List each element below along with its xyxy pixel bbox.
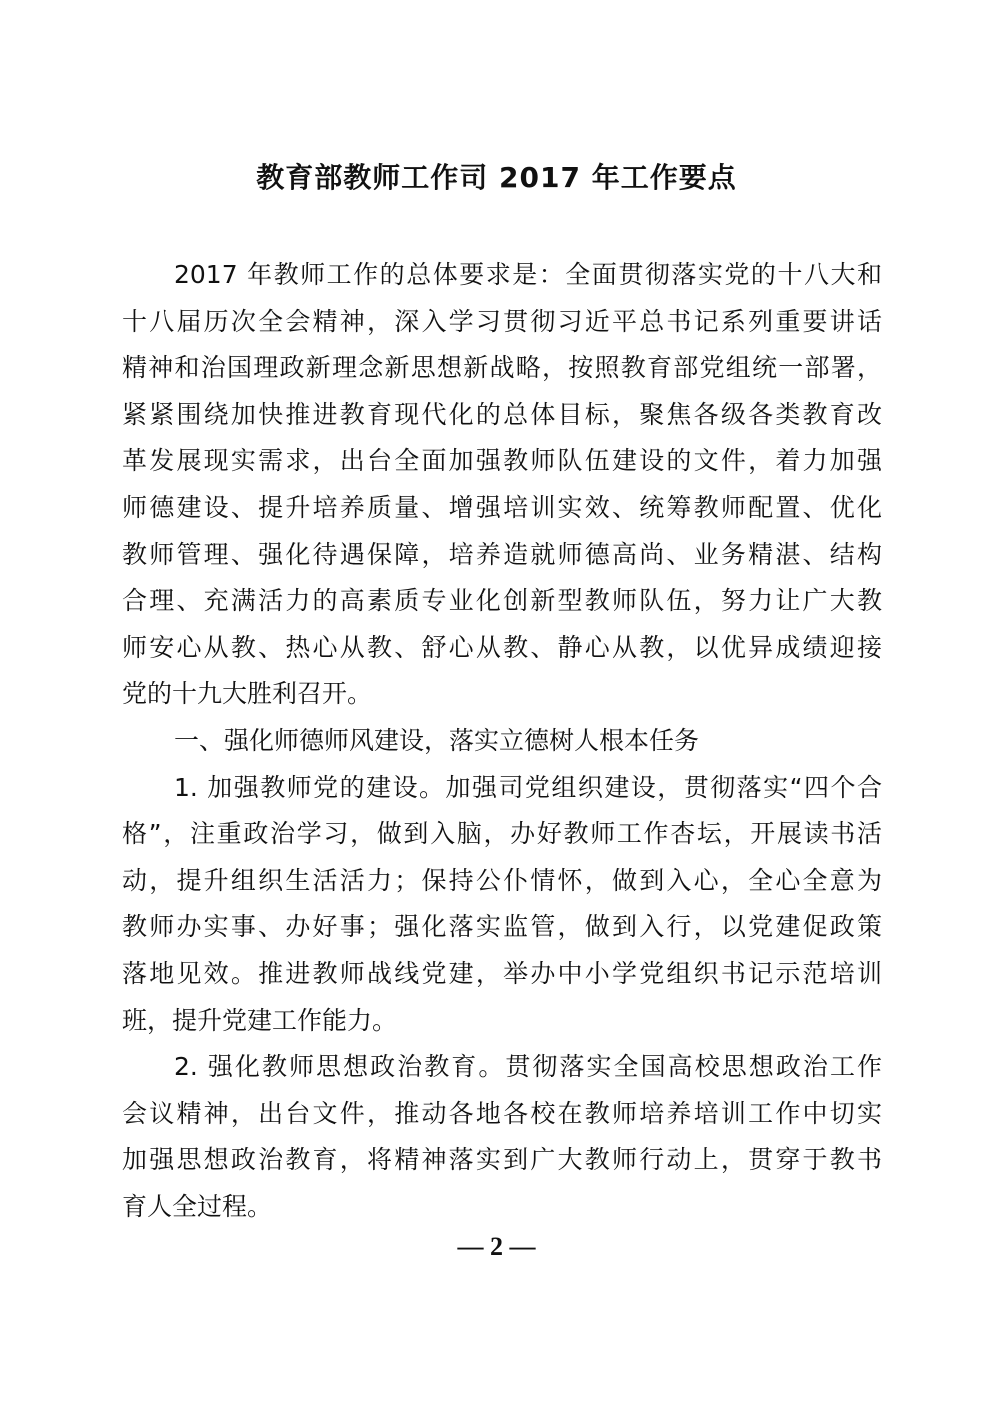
section-heading-text: 一、强化师德师风建设，落实立德树人根本任务 xyxy=(122,718,882,765)
text-line: 教师管理、强化待遇保障，培养造就师德高尚、业务精湛、结构 xyxy=(122,532,882,579)
text-line: 加强思想政治教育，将精神落实到广大教师行动上，贯穿于教书 xyxy=(122,1137,882,1184)
text-line: 落地见效。推进教师战线党建，举办中小学党组织书记示范培训 xyxy=(122,951,882,998)
text-line: 紧紧围绕加快推进教育现代化的总体目标，聚焦各级各类教育改 xyxy=(122,392,882,439)
text-line: 革发展现实需求，出台全面加强教师队伍建设的文件，着力加强 xyxy=(122,438,882,485)
paragraph-item-1: 1. 加强教师党的建设。加强司党组织建设，贯彻落实“四个合 格”，注重政治学习，… xyxy=(122,765,882,1045)
text-line: 十八届历次全会精神，深入学习贯彻习近平总书记系列重要讲话 xyxy=(122,299,882,346)
text-line: 2. 强化教师思想政治教育。贯彻落实全国高校思想政治工作 xyxy=(122,1044,882,1091)
document-page: 教育部教师工作司 2017 年工作要点 2017 年教师工作的总体要求是：全面贯… xyxy=(0,0,993,1404)
text-line: 党的十九大胜利召开。 xyxy=(122,671,882,718)
text-line: 班，提升党建工作能力。 xyxy=(122,998,882,1045)
text-line: 育人全过程。 xyxy=(122,1184,882,1231)
text-line: 2017 年教师工作的总体要求是：全面贯彻落实党的十八大和 xyxy=(122,252,882,299)
page-number: — 2 — xyxy=(0,1232,993,1262)
text-line: 教师办实事、办好事；强化落实监管，做到入行，以党建促政策 xyxy=(122,904,882,951)
text-line: 格”，注重政治学习，做到入脑，办好教师工作杏坛，开展读书活 xyxy=(122,811,882,858)
text-line: 会议精神，出台文件，推动各地各校在教师培养培训工作中切实 xyxy=(122,1091,882,1138)
text-line: 精神和治国理政新理念新思想新战略，按照教育部党组统一部署， xyxy=(122,345,882,392)
document-body: 2017 年教师工作的总体要求是：全面贯彻落实党的十八大和 十八届历次全会精神，… xyxy=(122,252,882,1230)
text-line: 合理、充满活力的高素质专业化创新型教师队伍，努力让广大教 xyxy=(122,578,882,625)
text-line: 动，提升组织生活活力；保持公仆情怀，做到入心，全心全意为 xyxy=(122,858,882,905)
text-line: 师安心从教、热心从教、舒心从教、静心从教，以优异成绩迎接 xyxy=(122,625,882,672)
document-title: 教育部教师工作司 2017 年工作要点 xyxy=(0,158,993,198)
paragraph-general-requirements: 2017 年教师工作的总体要求是：全面贯彻落实党的十八大和 十八届历次全会精神，… xyxy=(122,252,882,718)
text-line: 1. 加强教师党的建设。加强司党组织建设，贯彻落实“四个合 xyxy=(122,765,882,812)
text-line: 师德建设、提升培养质量、增强培训实效、统筹教师配置、优化 xyxy=(122,485,882,532)
paragraph-item-2: 2. 强化教师思想政治教育。贯彻落实全国高校思想政治工作 会议精神，出台文件，推… xyxy=(122,1044,882,1230)
section-heading-1: 一、强化师德师风建设，落实立德树人根本任务 xyxy=(122,718,882,765)
